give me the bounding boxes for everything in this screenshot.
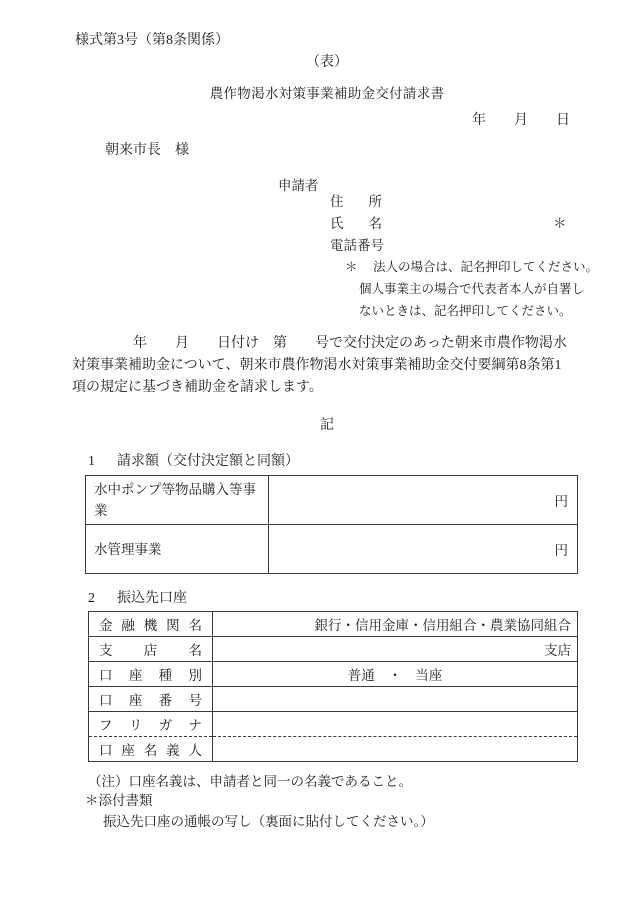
bank-name-value: 銀行・信用金庫・信用組合・農業協同組合 xyxy=(213,612,578,637)
name-label: 氏名 xyxy=(330,214,382,234)
claim-row-water-management-label: 水管理事業 xyxy=(86,525,269,574)
footer-note: （注）口座名義は、申請者と同一の名義であること。 xyxy=(88,772,412,792)
side-label: （表） xyxy=(306,53,348,73)
body-paragraph-line-3: 項の規定に基づき補助金を請求します。 xyxy=(72,378,323,398)
bank-account-table: 金融機関名 銀行・信用金庫・信用組合・農業協同組合 支店名 支店 口座種別 普通… xyxy=(88,611,578,762)
branch-name-label-cell: 支店名 xyxy=(89,637,213,662)
branch-name-label: 支店名 xyxy=(99,639,202,659)
claim-row-pump-label: 水中ポンプ等物品購入等事業 xyxy=(86,476,269,525)
account-number-label: 口座番号 xyxy=(99,689,202,709)
date-line: 年 月 日 xyxy=(472,111,570,131)
account-type-label-cell: 口座種別 xyxy=(89,662,213,687)
name-required-mark: ＊ xyxy=(553,214,567,234)
document-page: 様式第3号（第8条関係） （表） 農作物渇水対策事業補助金交付請求書 年 月 日… xyxy=(0,0,630,903)
account-number-label-cell: 口座番号 xyxy=(89,687,213,712)
document-title: 農作物渇水対策事業補助金交付請求書 xyxy=(210,84,445,104)
section1-number: 1 xyxy=(88,452,95,472)
account-type-label: 口座種別 xyxy=(99,664,202,684)
bank-name-label: 金融機関名 xyxy=(99,614,202,634)
applicant-note-line-3: ないときは、記名押印してください。 xyxy=(359,301,572,321)
account-holder-row: 口座名義人 xyxy=(89,737,578,762)
account-holder-label: 口座名義人 xyxy=(99,739,202,759)
claim-row-water-management: 水管理事業 円 xyxy=(86,525,578,574)
ki-separator: 記 xyxy=(320,416,334,436)
attachment-item: 振込先口座の通帳の写し（裏面に貼付してください。） xyxy=(103,812,434,832)
claim-row-water-management-amount-cell: 円 xyxy=(269,525,578,574)
applicant-note-line-2: 個人事業主の場合で代表者本人が自署し xyxy=(359,279,584,299)
bank-name-label-cell: 金融機関名 xyxy=(89,612,213,637)
furigana-row: フリガナ xyxy=(89,712,578,737)
bank-name-row: 金融機関名 銀行・信用金庫・信用組合・農業協同組合 xyxy=(89,612,578,637)
form-number: 様式第3号（第8条関係） xyxy=(75,31,229,51)
furigana-label: フリガナ xyxy=(99,714,202,734)
claim-amount-table: 水中ポンプ等物品購入等事業 円 水管理事業 円 xyxy=(85,475,578,574)
body-paragraph-line-1: 年 月 日付け 第 号で交付決定のあった朝来市農作物渇水 xyxy=(133,334,567,354)
address-label-text: 住所 xyxy=(330,192,382,212)
section1-heading: 請求額（交付決定額と同額） xyxy=(117,452,299,472)
branch-name-value: 支店 xyxy=(213,637,578,662)
account-holder-value xyxy=(213,737,578,762)
applicant-note-mark: ＊ xyxy=(345,257,358,277)
section2-heading: 振込先口座 xyxy=(117,589,187,609)
yen-unit: 円 xyxy=(555,494,569,509)
yen-unit: 円 xyxy=(555,543,569,558)
furigana-value xyxy=(213,712,578,737)
claim-row-pump: 水中ポンプ等物品購入等事業 円 xyxy=(86,476,578,525)
branch-name-row: 支店名 支店 xyxy=(89,637,578,662)
account-number-row: 口座番号 xyxy=(89,687,578,712)
phone-label: 電話番号 xyxy=(330,236,384,256)
furigana-label-cell: フリガナ xyxy=(89,712,213,737)
account-holder-label-cell: 口座名義人 xyxy=(89,737,213,762)
applicant-label: 申請者 xyxy=(278,176,319,196)
attachment-heading: ＊添付書類 xyxy=(85,791,153,811)
applicant-note-line-1: 法人の場合は、記名押印してください。 xyxy=(373,257,598,277)
address-label: 住所 xyxy=(330,192,382,212)
account-number-value xyxy=(213,687,578,712)
body-paragraph-line-2: 対策事業補助金について、朝来市農作物渇水対策事業補助金交付要綱第8条第1 xyxy=(72,356,561,376)
section2-number: 2 xyxy=(88,589,95,609)
claim-row-pump-amount-cell: 円 xyxy=(269,476,578,525)
addressee: 朝来市長 様 xyxy=(105,141,189,161)
account-type-row: 口座種別 普通 ・ 当座 xyxy=(89,662,578,687)
account-type-value: 普通 ・ 当座 xyxy=(213,662,578,687)
name-label-text: 氏名 xyxy=(330,214,382,234)
